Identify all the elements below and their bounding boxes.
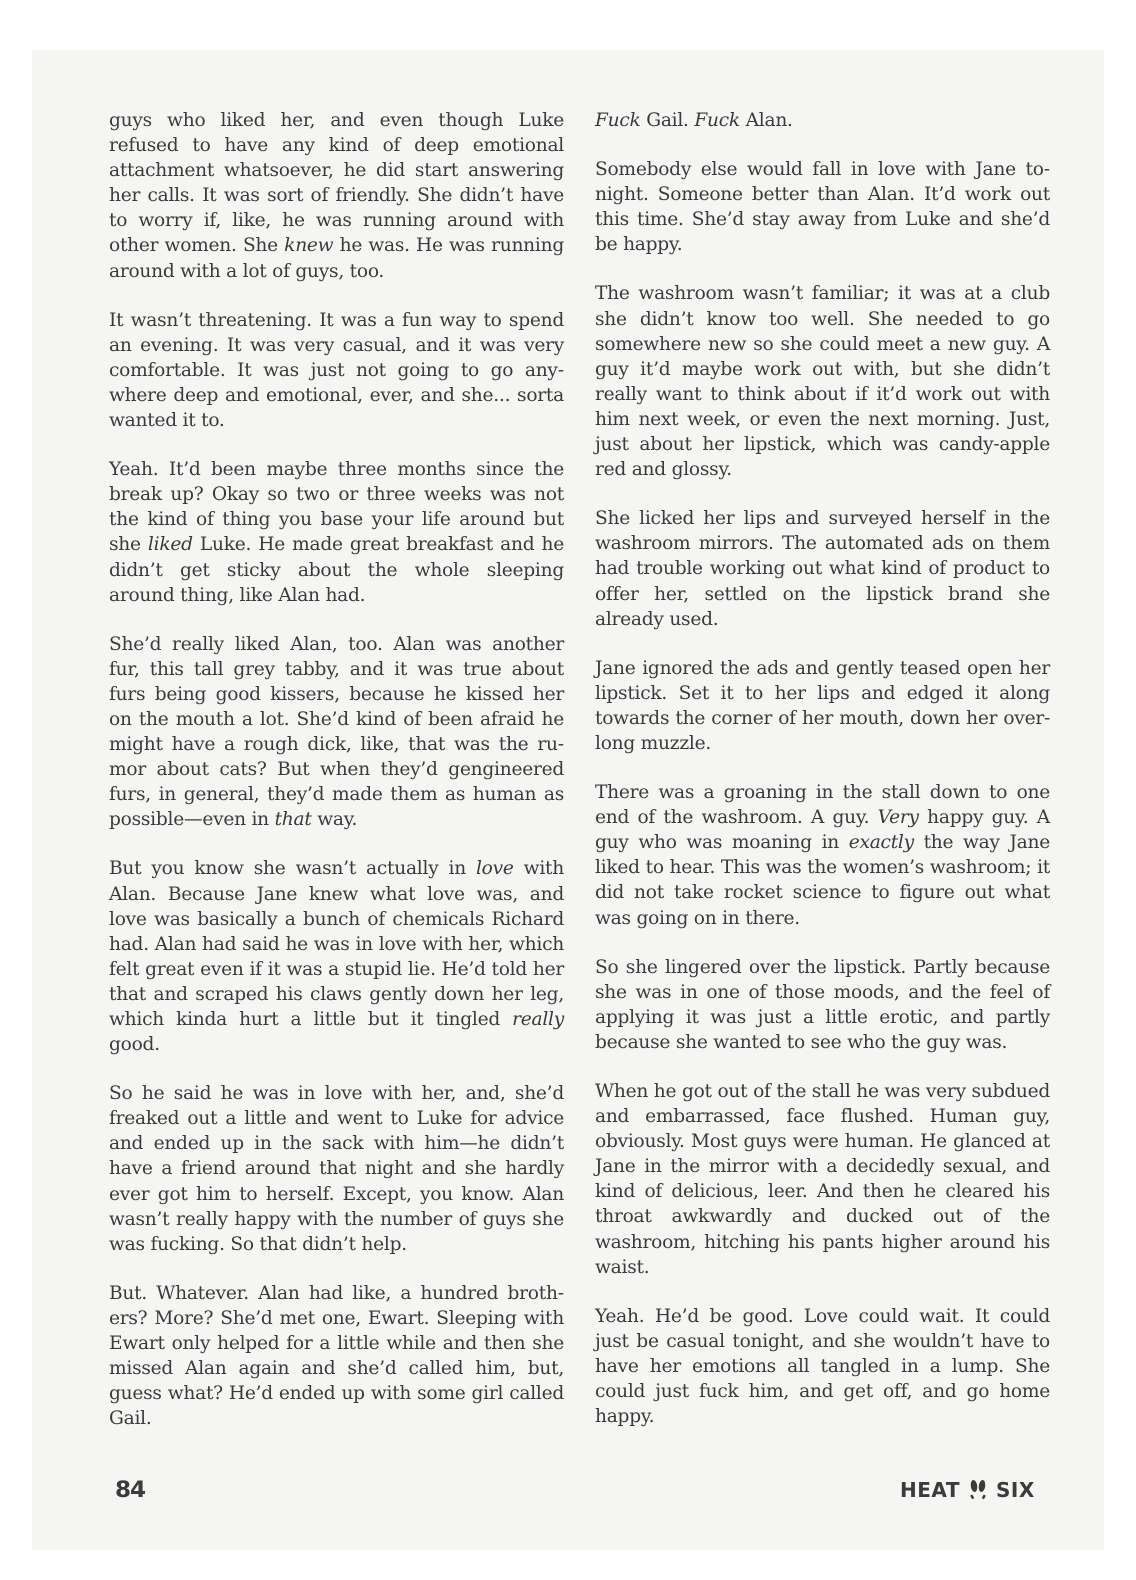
italic-text: liked: [148, 534, 193, 555]
paragraph: Jane ignored the ads and gently teased o…: [595, 656, 1050, 756]
magazine-title-heat: HEAT: [900, 1478, 960, 1502]
italic-text: love: [476, 858, 514, 879]
text-span: way.: [312, 809, 358, 830]
paw-print-icon: [968, 1479, 988, 1501]
paragraph: But you know she wasn’t actually in love…: [109, 856, 564, 1057]
italic-text: exactly: [849, 832, 914, 853]
paragraph: But. Whatever. Alan had like, a hundred …: [109, 1281, 564, 1432]
right-text-column: Fuck Gail. Fuck Alan.Somebody else would…: [595, 108, 1050, 1453]
text-span: Jane ignored the ads and gently teased o…: [595, 658, 1050, 754]
text-span: It wasn’t threatening. It was a fun way …: [109, 310, 564, 431]
text-span: Yeah. He’d be good. Love could wait. It …: [595, 1306, 1050, 1427]
text-span: The washroom wasn’t familiar; it was at …: [595, 283, 1050, 480]
paragraph: There was a groaning in the stall down t…: [595, 780, 1050, 931]
text-span: But. Whatever. Alan had like, a hundred …: [109, 1283, 564, 1429]
magazine-title-six: SIX: [996, 1478, 1035, 1502]
text-span: She licked her lips and surveyed herself…: [595, 508, 1050, 629]
text-span: Gail.: [641, 110, 695, 131]
left-text-column: guys who liked her, and even though Luke…: [109, 108, 564, 1455]
magazine-footer: HEAT SIX: [900, 1478, 1035, 1502]
paragraph: She’d really liked Alan, too. Alan was a…: [109, 632, 564, 833]
text-span: Alan.: [740, 110, 793, 131]
page-number: 84: [115, 1478, 145, 1503]
italic-text: that: [275, 809, 312, 830]
italic-text: knew: [284, 235, 333, 256]
italic-text: Fuck: [694, 110, 740, 131]
paragraph: It wasn’t threatening. It was a fun way …: [109, 308, 564, 433]
text-span: So she lingered over the lipstick. Partl…: [595, 957, 1050, 1053]
paragraph: So he said he was in love with her, and,…: [109, 1081, 564, 1257]
paragraph: So she lingered over the lipstick. Partl…: [595, 955, 1050, 1055]
paragraph: The washroom wasn’t familiar; it was at …: [595, 281, 1050, 482]
text-span: good.: [109, 1034, 160, 1055]
paragraph: Fuck Gail. Fuck Alan.: [595, 108, 1050, 133]
paragraph: She licked her lips and surveyed herself…: [595, 506, 1050, 631]
paragraph: Yeah. He’d be good. Love could wait. It …: [595, 1304, 1050, 1429]
text-span: But you know she wasn’t actually in: [109, 858, 476, 879]
paragraph: Yeah. It’d been maybe three months since…: [109, 457, 564, 608]
text-span: She’d really liked Alan, too. Alan was a…: [109, 634, 564, 831]
text-span: So he said he was in love with her, and,…: [109, 1083, 564, 1255]
italic-text: really: [512, 1009, 564, 1030]
paragraph: When he got out of the stall he was very…: [595, 1079, 1050, 1280]
italic-text: Fuck: [595, 110, 641, 131]
italic-text: Very: [878, 807, 919, 828]
text-span: When he got out of the stall he was very…: [595, 1081, 1050, 1278]
text-span: Somebody else would fall in love with Ja…: [595, 159, 1050, 255]
paragraph: guys who liked her, and even though Luke…: [109, 108, 564, 284]
paragraph: Somebody else would fall in love with Ja…: [595, 157, 1050, 257]
text-span: with Alan. Because Jane knew what love w…: [109, 858, 564, 1030]
